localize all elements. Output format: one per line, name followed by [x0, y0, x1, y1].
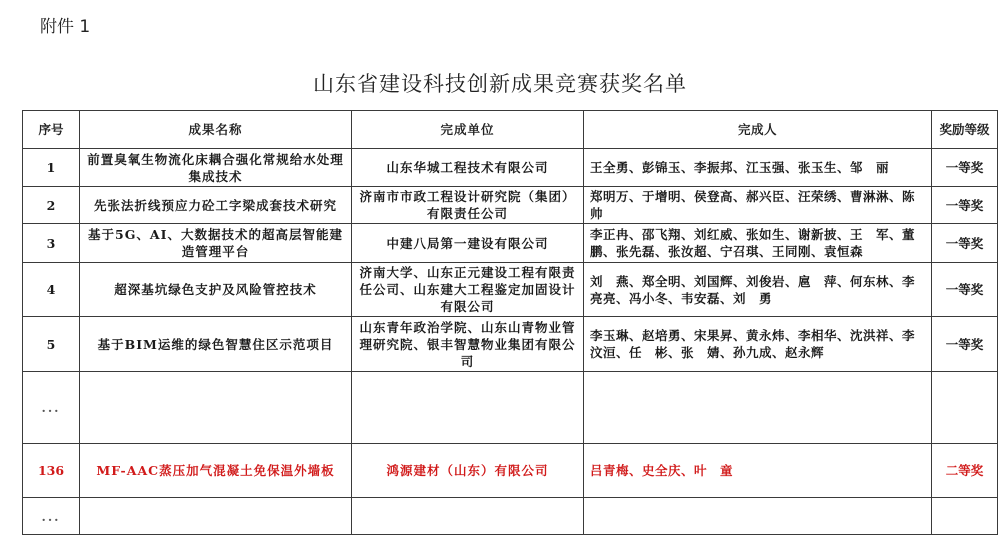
cell-people: 李玉琳、赵培勇、宋果昇、黄永炜、李相华、沈洪祥、李汶洹、任 彬、张 婧、孙九成、… [584, 317, 932, 372]
cell-unit: 山东青年政治学院、山东山青物业管理研究院、银丰智慧物业集团有限公司 [352, 317, 584, 372]
table-row-highlighted: 136 MF-AAC蒸压加气混凝土免保温外墙板 鸿源建材（山东）有限公司 吕青梅… [23, 444, 998, 498]
cell-name: 基于BIM运维的绿色智慧住区示范项目 [80, 317, 352, 372]
table-header-row: 序号 成果名称 完成单位 完成人 奖励等级 [23, 111, 998, 149]
table-body: 1 前置臭氧生物流化床耦合强化常规给水处理集成技术 山东华城工程技术有限公司 王… [23, 149, 998, 535]
cell-no: 136 [23, 444, 80, 498]
cell-unit: 济南市市政工程设计研究院（集团）有限责任公司 [352, 187, 584, 224]
table-row: 4 超深基坑绿色支护及风险管控技术 济南大学、山东正元建设工程有限责任公司、山东… [23, 263, 998, 317]
awards-table: 序号 成果名称 完成单位 完成人 奖励等级 1 前置臭氧生物流化床耦合强化常规给… [22, 110, 998, 535]
cell-no: ... [23, 372, 80, 444]
cell-level: 一等奖 [932, 317, 998, 372]
cell-name: 前置臭氧生物流化床耦合强化常规给水处理集成技术 [80, 149, 352, 187]
cell-no: 2 [23, 187, 80, 224]
cell-no: ... [23, 498, 80, 535]
cell-level [932, 498, 998, 535]
cell-level [932, 372, 998, 444]
table-row: 3 基于5G、AI、大数据技术的超高层智能建造管理平台 中建八局第一建设有限公司… [23, 224, 998, 263]
header-unit: 完成单位 [352, 111, 584, 149]
cell-no: 5 [23, 317, 80, 372]
cell-unit: 山东华城工程技术有限公司 [352, 149, 584, 187]
document-title: 山东省建设科技创新成果竞赛获奖名单 [0, 68, 1000, 98]
cell-people: 吕青梅、史全庆、叶 童 [584, 444, 932, 498]
cell-people: 李正冉、邵飞翔、刘红威、张如生、谢新披、王 军、董 鹏、张先磊、张汝超、宁召琪、… [584, 224, 932, 263]
cell-level: 二等奖 [932, 444, 998, 498]
cell-name: 超深基坑绿色支护及风险管控技术 [80, 263, 352, 317]
cell-name: 先张法折线预应力砼工字梁成套技术研究 [80, 187, 352, 224]
table-row: 2 先张法折线预应力砼工字梁成套技术研究 济南市市政工程设计研究院（集团）有限责… [23, 187, 998, 224]
cell-people [584, 498, 932, 535]
header-people: 完成人 [584, 111, 932, 149]
cell-name [80, 372, 352, 444]
header-name: 成果名称 [80, 111, 352, 149]
cell-unit [352, 498, 584, 535]
attachment-label: 附件 1 [40, 12, 90, 37]
header-no: 序号 [23, 111, 80, 149]
cell-unit [352, 372, 584, 444]
cell-level: 一等奖 [932, 224, 998, 263]
cell-people: 刘 燕、郑全明、刘国辉、刘俊岩、扈 萍、何东林、李亮亮、冯小冬、韦安磊、刘 勇 [584, 263, 932, 317]
cell-name: 基于5G、AI、大数据技术的超高层智能建造管理平台 [80, 224, 352, 263]
cell-name: MF-AAC蒸压加气混凝土免保温外墙板 [80, 444, 352, 498]
header-level: 奖励等级 [932, 111, 998, 149]
cell-no: 3 [23, 224, 80, 263]
cell-unit: 中建八局第一建设有限公司 [352, 224, 584, 263]
cell-people: 郑明万、于增明、侯登高、郝兴臣、汪荣绣、曹淋淋、陈 帅 [584, 187, 932, 224]
cell-unit: 济南大学、山东正元建设工程有限责任公司、山东建大工程鉴定加固设计有限公司 [352, 263, 584, 317]
cell-people [584, 372, 932, 444]
cell-people: 王全勇、彭锦玉、李振邦、江玉强、张玉生、邹 丽 [584, 149, 932, 187]
cell-no: 1 [23, 149, 80, 187]
cell-level: 一等奖 [932, 187, 998, 224]
table-row: 1 前置臭氧生物流化床耦合强化常规给水处理集成技术 山东华城工程技术有限公司 王… [23, 149, 998, 187]
cell-no: 4 [23, 263, 80, 317]
cell-level: 一等奖 [932, 149, 998, 187]
cell-unit: 鸿源建材（山东）有限公司 [352, 444, 584, 498]
cell-level: 一等奖 [932, 263, 998, 317]
table-row: 5 基于BIM运维的绿色智慧住区示范项目 山东青年政治学院、山东山青物业管理研究… [23, 317, 998, 372]
table-row-ellipsis: ... [23, 372, 998, 444]
cell-name [80, 498, 352, 535]
table-row-ellipsis: ... [23, 498, 998, 535]
